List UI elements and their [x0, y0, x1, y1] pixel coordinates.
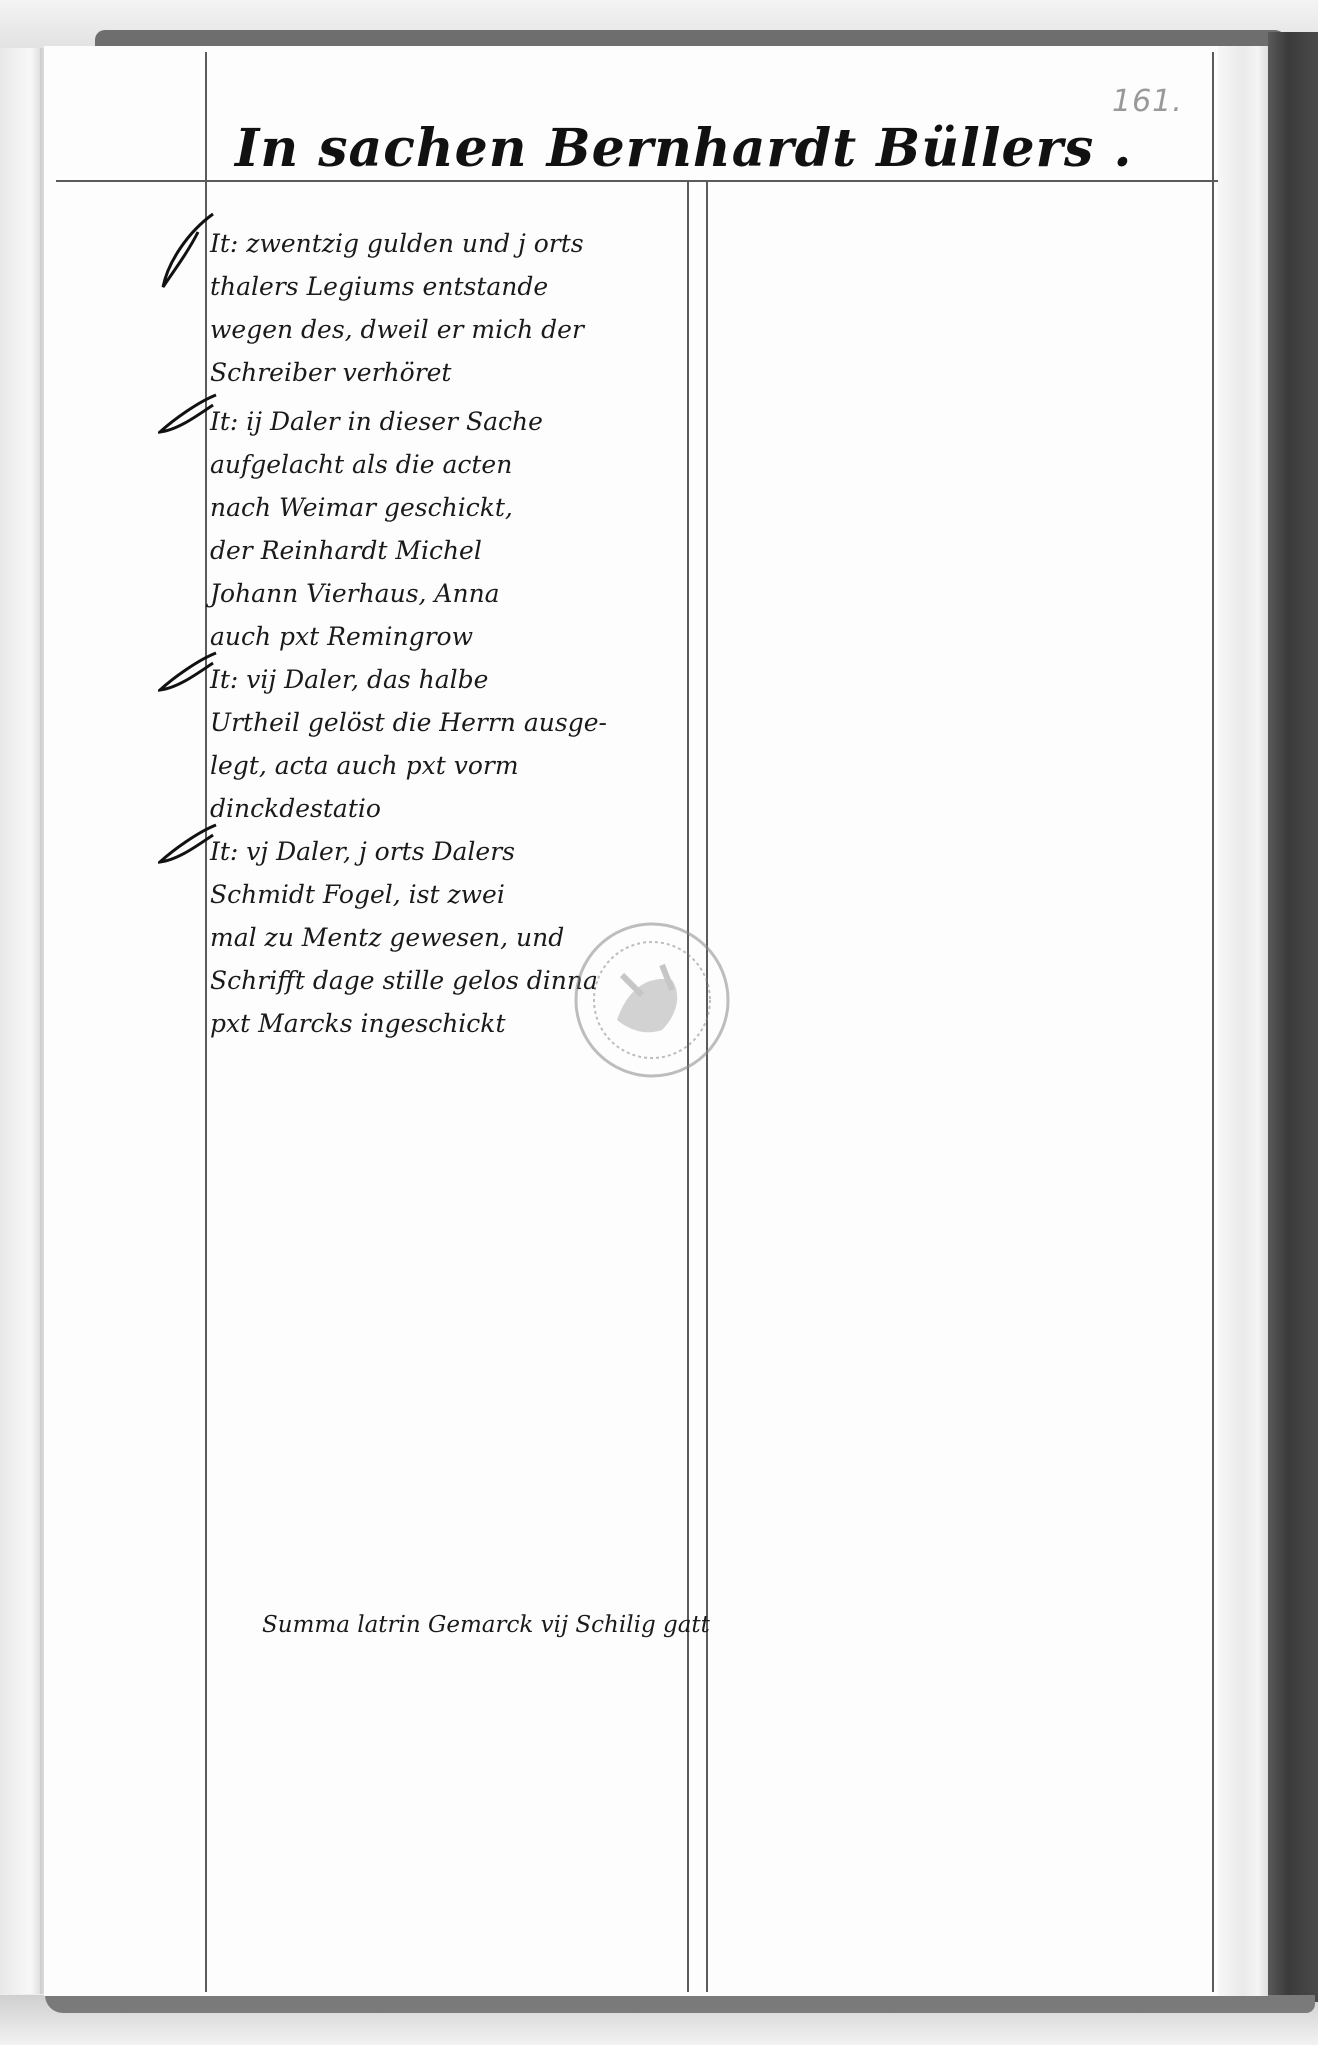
entry-line: Schmidt Fogel, ist zwei: [210, 873, 670, 916]
item-flourish-icon: [158, 212, 218, 292]
page-stack-edge: [1218, 46, 1268, 1996]
entry-line: It: zwentzig gulden und j orts: [210, 222, 670, 265]
entry-line: Urtheil gelöst die Herrn ausge-: [210, 701, 670, 744]
entry-line: legt, acta auch pxt vorm: [210, 744, 670, 787]
entry-line: aufgelacht als die acten: [210, 443, 670, 486]
entry-line: auch pxt Remingrow: [210, 615, 670, 658]
entry-line: thalers Legiums entstande: [210, 265, 670, 308]
ledger-entry-2: It: ij Daler in dieser Sache aufgelacht …: [210, 400, 670, 658]
heading-rule: [56, 180, 1218, 182]
column-rule-2: [706, 182, 708, 1992]
right-margin-rule: [1212, 52, 1214, 1992]
column-rule-1: [687, 182, 689, 1992]
item-flourish-icon: [158, 820, 218, 900]
item-flourish-icon: [158, 390, 218, 470]
entry-line: der Reinhardt Michel: [210, 529, 670, 572]
gutter-line: [40, 48, 42, 1994]
archive-seal-stamp-icon: [572, 920, 732, 1080]
entry-line: wegen des, dweil er mich der: [210, 308, 670, 351]
page-heading: In sachen Bernhardt Büllers .: [235, 118, 1133, 179]
entry-line: It: vij Daler, das halbe: [210, 658, 670, 701]
summary-line: Summa latrin Gemarck vij Schilig gatt: [262, 1612, 710, 1638]
facing-page-edge: [0, 48, 44, 1994]
entry-line: It: vj Daler, j orts Dalers: [210, 830, 670, 873]
folio-number: 161.: [1112, 84, 1183, 119]
item-flourish-icon: [158, 648, 218, 728]
book-cover-bottom-edge: [45, 1995, 1315, 2013]
book-cover-right-edge: [1268, 32, 1318, 2002]
entry-line: dinckdestatio: [210, 787, 670, 830]
entry-line: nach Weimar geschickt,: [210, 486, 670, 529]
entry-line: It: ij Daler in dieser Sache: [210, 400, 670, 443]
left-margin-rule: [205, 52, 207, 1992]
ledger-entry-1: It: zwentzig gulden und j orts thalers L…: [210, 222, 670, 394]
entry-line: Johann Vierhaus, Anna: [210, 572, 670, 615]
entry-line: Schreiber verhöret: [210, 351, 670, 394]
ledger-entry-3: It: vij Daler, das halbe Urtheil gelöst …: [210, 658, 670, 830]
